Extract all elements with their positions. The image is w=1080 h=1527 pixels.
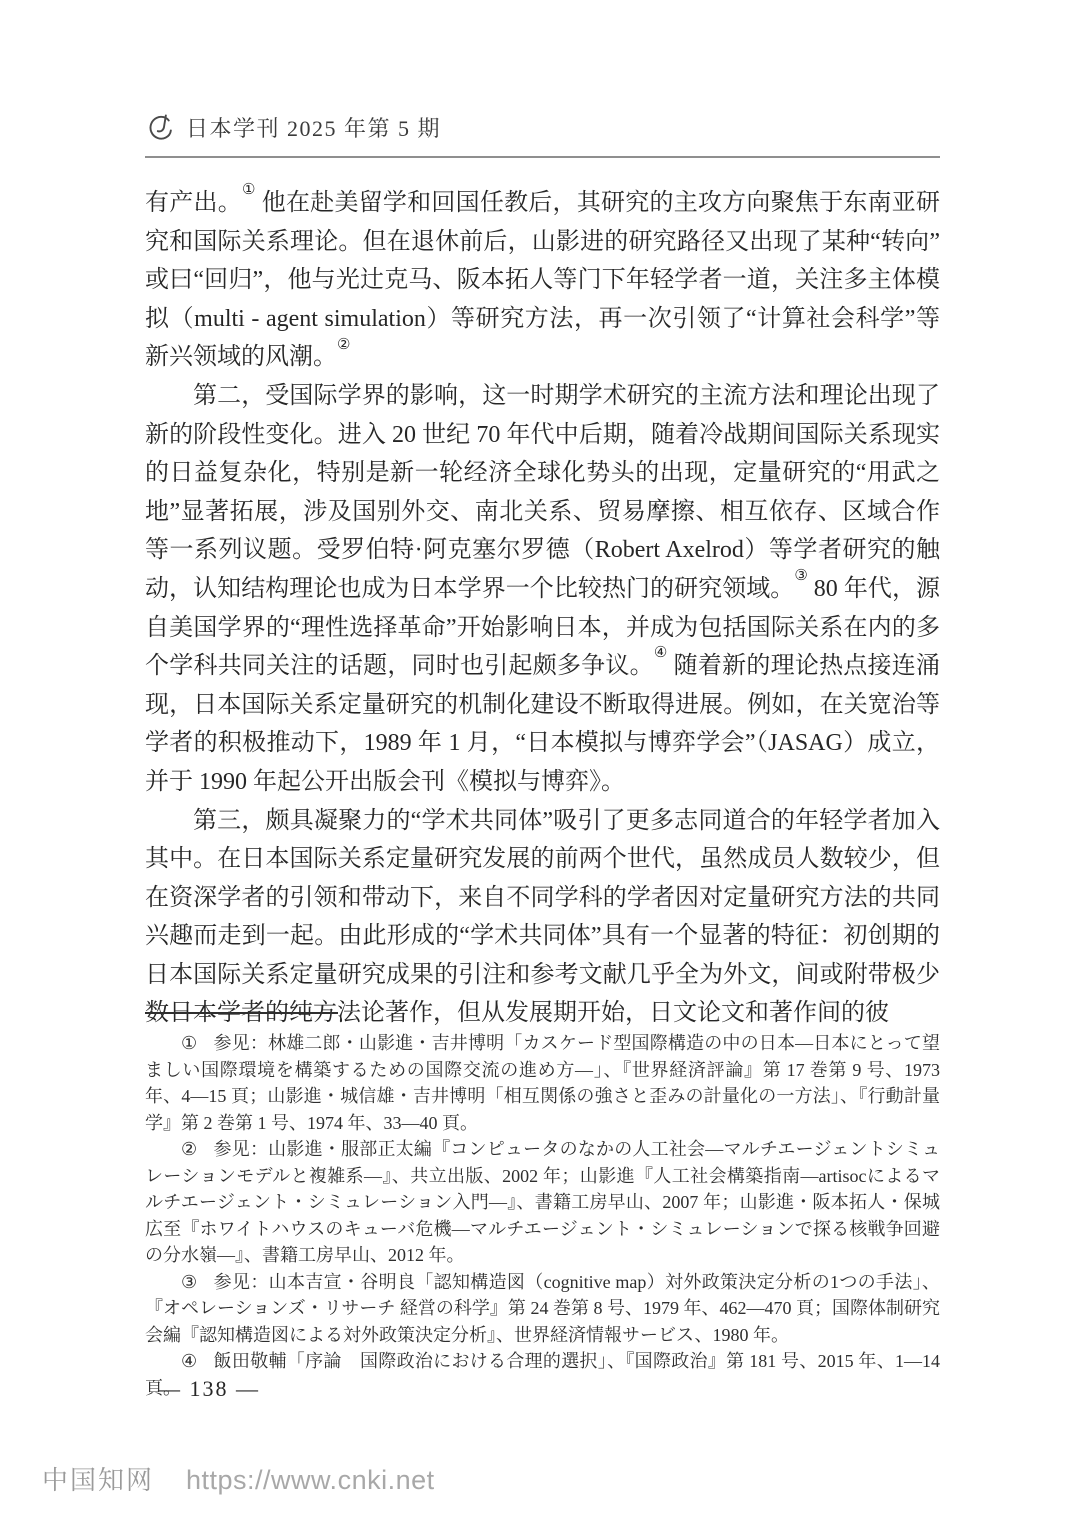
watermark: 中国知网 https://www.cnki.net	[42, 1460, 435, 1497]
footnote-marker: ①	[181, 1033, 197, 1053]
footnote-ref: ①	[242, 182, 256, 198]
footnote-marker: ②	[181, 1139, 197, 1159]
footnote-item: ④飯田敬輔「序論 国際政治における合理的選択」、『国際政治』第 181 号、20…	[145, 1348, 940, 1401]
footnote-ref: ③	[794, 568, 807, 584]
footnote-item: ①参见：林雄二郎・山影進・吉井博明「カスケード型国際構造の中の日本—日本にとって…	[145, 1030, 940, 1136]
page-header: 日本学刊 2025 年第 5 期	[145, 112, 940, 158]
footnote-text: 参见：山本吉宣・谷明良「認知構造図（cognitive map）対外政策決定分析…	[145, 1272, 940, 1345]
footnote-item: ③参见：山本吉宣・谷明良「認知構造図（cognitive map）対外政策決定分…	[145, 1269, 940, 1349]
body-paragraph: 第二，受国际学界的影响，这一时期学术研究的主流方法和理论出现了新的阶段性变化。进…	[145, 377, 940, 802]
footnote-text: 飯田敬輔「序論 国際政治における合理的選択」、『国際政治』第 181 号、201…	[145, 1351, 940, 1398]
page-number: — 138 —	[158, 1376, 260, 1402]
journal-logo-icon	[145, 113, 175, 143]
journal-page: 日本学刊 2025 年第 5 期 有产出。① 他在赴美留学和回国任教后，其研究的…	[0, 0, 1080, 1527]
footnote-marker: ③	[181, 1272, 197, 1292]
footnote-text: 参见：林雄二郎・山影進・吉井博明「カスケード型国際構造の中の日本—日本にとって望…	[145, 1033, 940, 1133]
watermark-site-name: 中国知网	[42, 1460, 154, 1497]
footnote-text: 参见：山影進・服部正太編『コンピュータのなかの人工社会—マルチエージェントシミュ…	[145, 1139, 940, 1265]
footnote-ref: ②	[337, 337, 350, 353]
body-paragraph: 第三，颇具凝聚力的“学术共同体”吸引了更多志同道合的年轻学者加入其中。在日本国际…	[145, 802, 940, 1034]
journal-title: 日本学刊 2025 年第 5 期	[186, 112, 441, 143]
body-text: 有产出。① 他在赴美留学和回国任教后，其研究的主攻方向聚焦于东南亚研究和国际关系…	[145, 184, 940, 1033]
footnotes: ①参见：林雄二郎・山影進・吉井博明「カスケード型国際構造の中の日本—日本にとって…	[145, 1030, 940, 1401]
watermark-url: https://www.cnki.net	[186, 1465, 435, 1496]
footnote-item: ②参见：山影進・服部正太編『コンピュータのなかの人工社会—マルチエージェントシミ…	[145, 1136, 940, 1269]
footnote-marker: ④	[181, 1351, 197, 1371]
footnote-separator	[145, 1012, 338, 1014]
body-paragraph: 有产出。① 他在赴美留学和回国任教后，其研究的主攻方向聚焦于东南亚研究和国际关系…	[145, 184, 940, 377]
footnote-ref: ④	[654, 645, 668, 661]
